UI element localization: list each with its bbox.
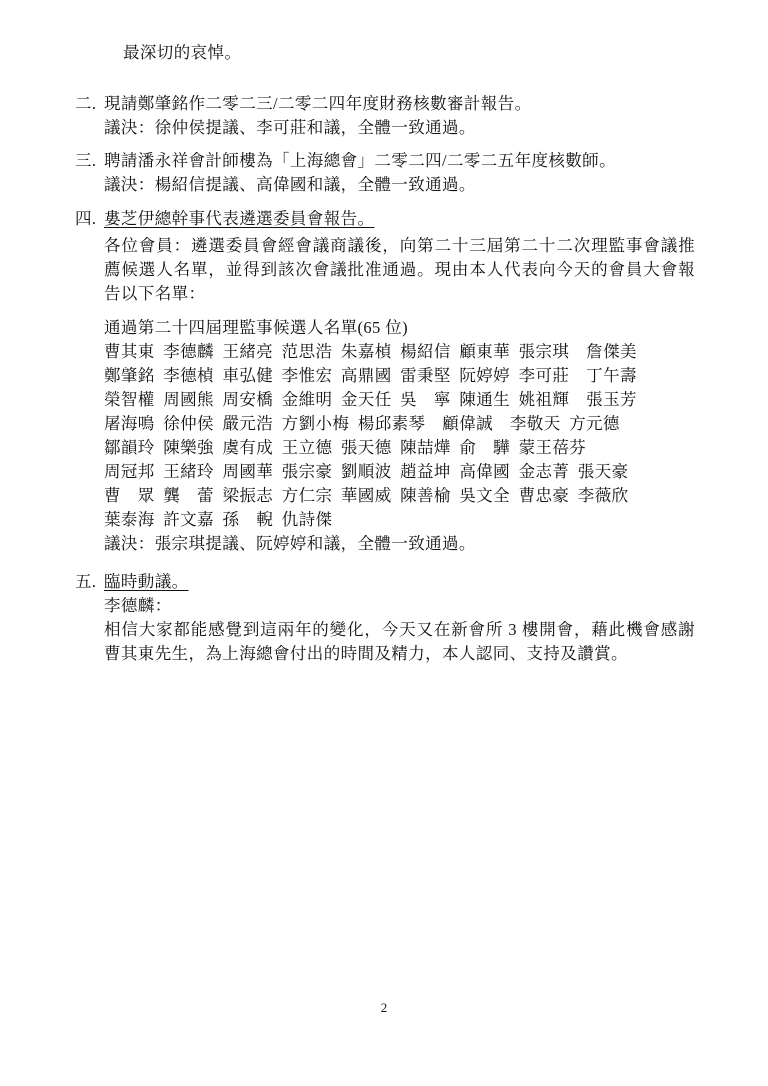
section-5-title: 臨時動議。	[104, 570, 695, 594]
section-5-title-text: 臨時動議。	[104, 572, 189, 591]
section-4-title: 婁芝伊總幹事代表遴選委員會報告。	[104, 207, 695, 231]
section-4-resolution: 議決：張宗琪提議、阮婷婷和議，全體一致通過。	[104, 532, 695, 556]
section-4-title-text: 婁芝伊總幹事代表遴選委員會報告。	[104, 209, 374, 228]
section-5-number: 五.	[75, 570, 104, 594]
candidate-name-row: 周冠邦 王緒玲 周國華 張宗豪 劉順波 趙益坤 高偉國 金志菁 張天豪	[104, 460, 695, 484]
document-page: 最深切的哀悼。 二. 現請鄭肇銘作二零二三/二零二四年度財務核數審計報告。 議決…	[0, 0, 768, 1086]
section-4-heading: 四. 婁芝伊總幹事代表遴選委員會報告。	[75, 207, 695, 231]
section-3-number: 三.	[75, 149, 104, 173]
section-2-number: 二.	[75, 92, 104, 116]
section-3-resolution: 議決：楊紹信提議、高偉國和議，全體一致通過。	[104, 173, 695, 197]
candidate-name-row: 曹 眾 龔 蕾 梁振志 方仁宗 華國威 陳善榆 吳文全 曹忠豪 李薇欣	[104, 484, 695, 508]
section-2-title-text: 現請鄭肇銘作二零二三/二零二四年度財務核數審計報告。	[104, 94, 531, 113]
section-2-heading: 二. 現請鄭肇銘作二零二三/二零二四年度財務核數審計報告。	[75, 92, 695, 116]
paragraph-continuation: 最深切的哀悼。	[123, 41, 695, 65]
candidate-name-row: 曹其東 李德麟 王緒亮 范思浩 朱嘉楨 楊紹信 顧東華 張宗琪 詹傑美	[104, 340, 695, 364]
candidate-list-title: 通過第二十四屆理監事候選人名單(65 位)	[104, 316, 695, 340]
section-3-title: 聘請潘永祥會計師樓為「上海總會」二零二四/二零二五年度核數師。	[104, 149, 695, 173]
section-4: 四. 婁芝伊總幹事代表遴選委員會報告。 各位會員：遴選委員會經會議商議後，向第二…	[75, 207, 695, 556]
candidate-name-row: 鄭肇銘 李德楨 車弘健 李惟宏 高鼎國 雷秉堅 阮婷婷 李可莊 丁午壽	[104, 364, 695, 388]
section-5-heading: 五. 臨時動議。	[75, 570, 695, 594]
candidate-name-row: 鄒韻玲 陳樂強 虞有成 王立德 張天德 陳喆燁 俞 驊 蒙王蓓芬	[104, 436, 695, 460]
section-4-paragraph: 各位會員：遴選委員會經會議商議後，向第二十三屆第二十二次理監事會議推薦候選人名單…	[104, 234, 695, 306]
section-4-number: 四.	[75, 207, 104, 231]
section-2: 二. 現請鄭肇銘作二零二三/二零二四年度財務核數審計報告。 議決：徐仲侯提議、李…	[75, 92, 695, 140]
page-number: 2	[0, 996, 768, 1020]
candidate-name-row: 葉泰海 許文嘉 孫 輗 仇詩傑	[104, 508, 695, 532]
section-2-resolution: 議決：徐仲侯提議、李可莊和議，全體一致通過。	[104, 116, 695, 140]
section-3-heading: 三. 聘請潘永祥會計師樓為「上海總會」二零二四/二零二五年度核數師。	[75, 149, 695, 173]
section-3: 三. 聘請潘永祥會計師樓為「上海總會」二零二四/二零二五年度核數師。 議決：楊紹…	[75, 149, 695, 197]
section-5-speaker: 李德麟：	[104, 594, 695, 618]
candidate-name-row: 榮智權 周國熊 周安橋 金維明 金天任 吳 寧 陳通生 姚祖輝 張玉芳	[104, 388, 695, 412]
page-content: 最深切的哀悼。 二. 現請鄭肇銘作二零二三/二零二四年度財務核數審計報告。 議決…	[0, 0, 768, 666]
section-3-title-text: 聘請潘永祥會計師樓為「上海總會」二零二四/二零二五年度核數師。	[104, 151, 616, 170]
candidate-name-row: 屠海鳴 徐仲侯 嚴元浩 方劉小梅 楊邱素琴 顧偉誠 李敬天 方元德	[104, 412, 695, 436]
section-2-title: 現請鄭肇銘作二零二三/二零二四年度財務核數審計報告。	[104, 92, 695, 116]
section-5-paragraph: 相信大家都能感覺到這兩年的變化，今天又在新會所 3 樓開會，藉此機會感謝曹其東先…	[104, 618, 695, 666]
section-5: 五. 臨時動議。 李德麟： 相信大家都能感覺到這兩年的變化，今天又在新會所 3 …	[75, 570, 695, 666]
